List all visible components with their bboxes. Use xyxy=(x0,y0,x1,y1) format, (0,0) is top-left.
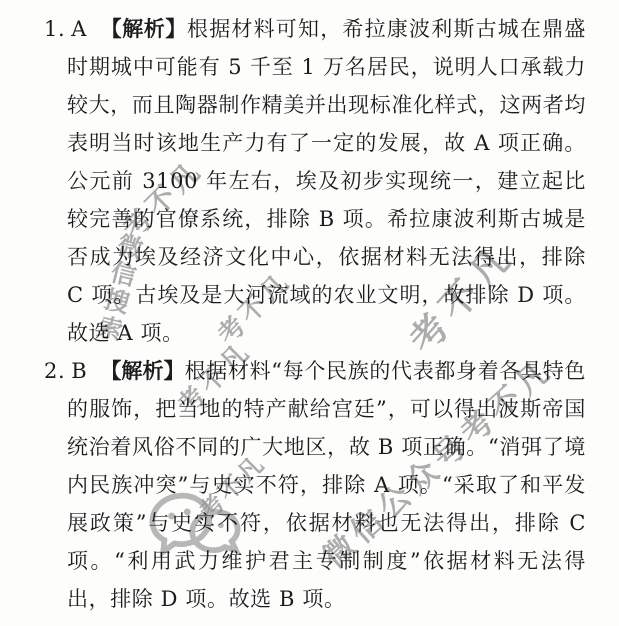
answer-letter: A xyxy=(71,17,87,41)
answer-item-1: 1.A【解析】根据材料可知，希拉康波利斯古城在鼎盛时期城中可能有 5 千至 1 … xyxy=(44,10,586,352)
analysis-text: 根据材料可知，希拉康波利斯古城在鼎盛时期城中可能有 5 千至 1 万名居民，说明… xyxy=(67,17,586,345)
answer-letter: B xyxy=(71,359,87,383)
analysis-label: 【解析】 xyxy=(100,17,187,41)
answer-sheet-page: 1.A【解析】根据材料可知，希拉康波利斯古城在鼎盛时期城中可能有 5 千至 1 … xyxy=(0,0,619,626)
answer-item-2: 2.B【解析】根据材料“每个民族的代表都身着各具特色的服饰，把当地的特产献给宫廷… xyxy=(44,352,586,618)
question-number: 2. xyxy=(44,359,65,383)
answer-content: 1.A【解析】根据材料可知，希拉康波利斯古城在鼎盛时期城中可能有 5 千至 1 … xyxy=(44,10,586,618)
analysis-label: 【解析】 xyxy=(100,359,184,383)
analysis-text: 根据材料“每个民族的代表都身着各具特色的服饰，把当地的特产献给宫廷”，可以得出波… xyxy=(67,359,586,611)
question-number: 1. xyxy=(44,17,65,41)
